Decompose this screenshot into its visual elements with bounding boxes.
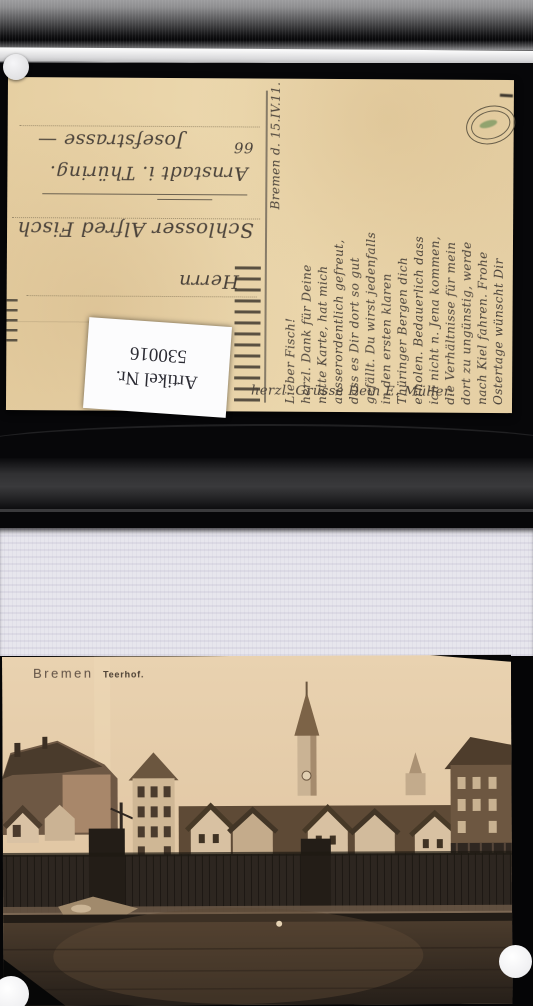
address-underline-short [157, 199, 212, 200]
postcard-listing-scan: Josefstrasse — 66 Arnstadt i. Thüring. S… [0, 0, 533, 1006]
photo-bremen-teerhof [2, 655, 513, 1006]
message-line: Thüringer Bergen dich [394, 82, 412, 404]
scanner-top-bar [0, 0, 533, 50]
scanner-knob [3, 54, 29, 80]
message-line: Lieber Fisch! [282, 82, 300, 404]
address-town: Arnstadt i. Thüring. [49, 161, 248, 184]
message-line: nach Kiel fahren. Frohe [474, 83, 492, 405]
scanner-gap-line [0, 509, 533, 512]
address-underline [42, 193, 247, 195]
edge-cancellation-marks [6, 299, 17, 343]
handwritten-message: Bremen d. 15.IV.11. Lieber Fisch! herzl.… [266, 82, 512, 405]
message-line: erholen. Bedauerlich dass [410, 82, 428, 404]
address-rule [27, 295, 257, 297]
scanner-lid-fabric [0, 528, 533, 658]
message-line: dass es Dir dort so gut [346, 82, 364, 404]
message-line: gefällt. Du wirst jedenfalls [362, 82, 380, 404]
scanner-gap-band [0, 458, 533, 510]
front-caption-title: Teerhof. [103, 669, 144, 679]
message-line: herzl. Dank für Deine [298, 82, 316, 404]
message-line: Ostertage wünscht Dir [490, 83, 508, 405]
address-rule [20, 125, 260, 127]
address-salutation: Herrn [179, 270, 239, 292]
address-street: Josefstrasse — [38, 129, 184, 152]
message-closing: herzl. Grüsse Dein E. Müller. [251, 383, 509, 400]
postcard-front: Bremen Teerhof. [2, 655, 513, 1006]
message-line: nette Karte, hat mich [314, 82, 332, 404]
article-label-caption: Artikel Nr. [115, 367, 199, 394]
front-caption-city: Bremen [33, 666, 94, 681]
message-date: Bremen d. 15.IV.11. [266, 82, 284, 404]
address-house-number: 66 [234, 138, 254, 156]
address-name: Schlosser Alfred Fisch [17, 217, 254, 242]
scan-hole-dot-right [499, 945, 532, 978]
article-number-label: Artikel Nr. 530016 [83, 317, 232, 418]
article-number: 530016 [129, 343, 187, 368]
message-line: in den ersten klaren [378, 82, 396, 404]
message-line: die Verhältnisse für mein [442, 83, 460, 405]
message-line: ich nicht n. Jena kommen, [426, 83, 444, 405]
message-line: ausserordentlich gefreut, [330, 82, 348, 404]
message-line: dort zu ungünstig, werde [458, 83, 476, 405]
postcard-back: Josefstrasse — 66 Arnstadt i. Thüring. S… [6, 77, 514, 413]
